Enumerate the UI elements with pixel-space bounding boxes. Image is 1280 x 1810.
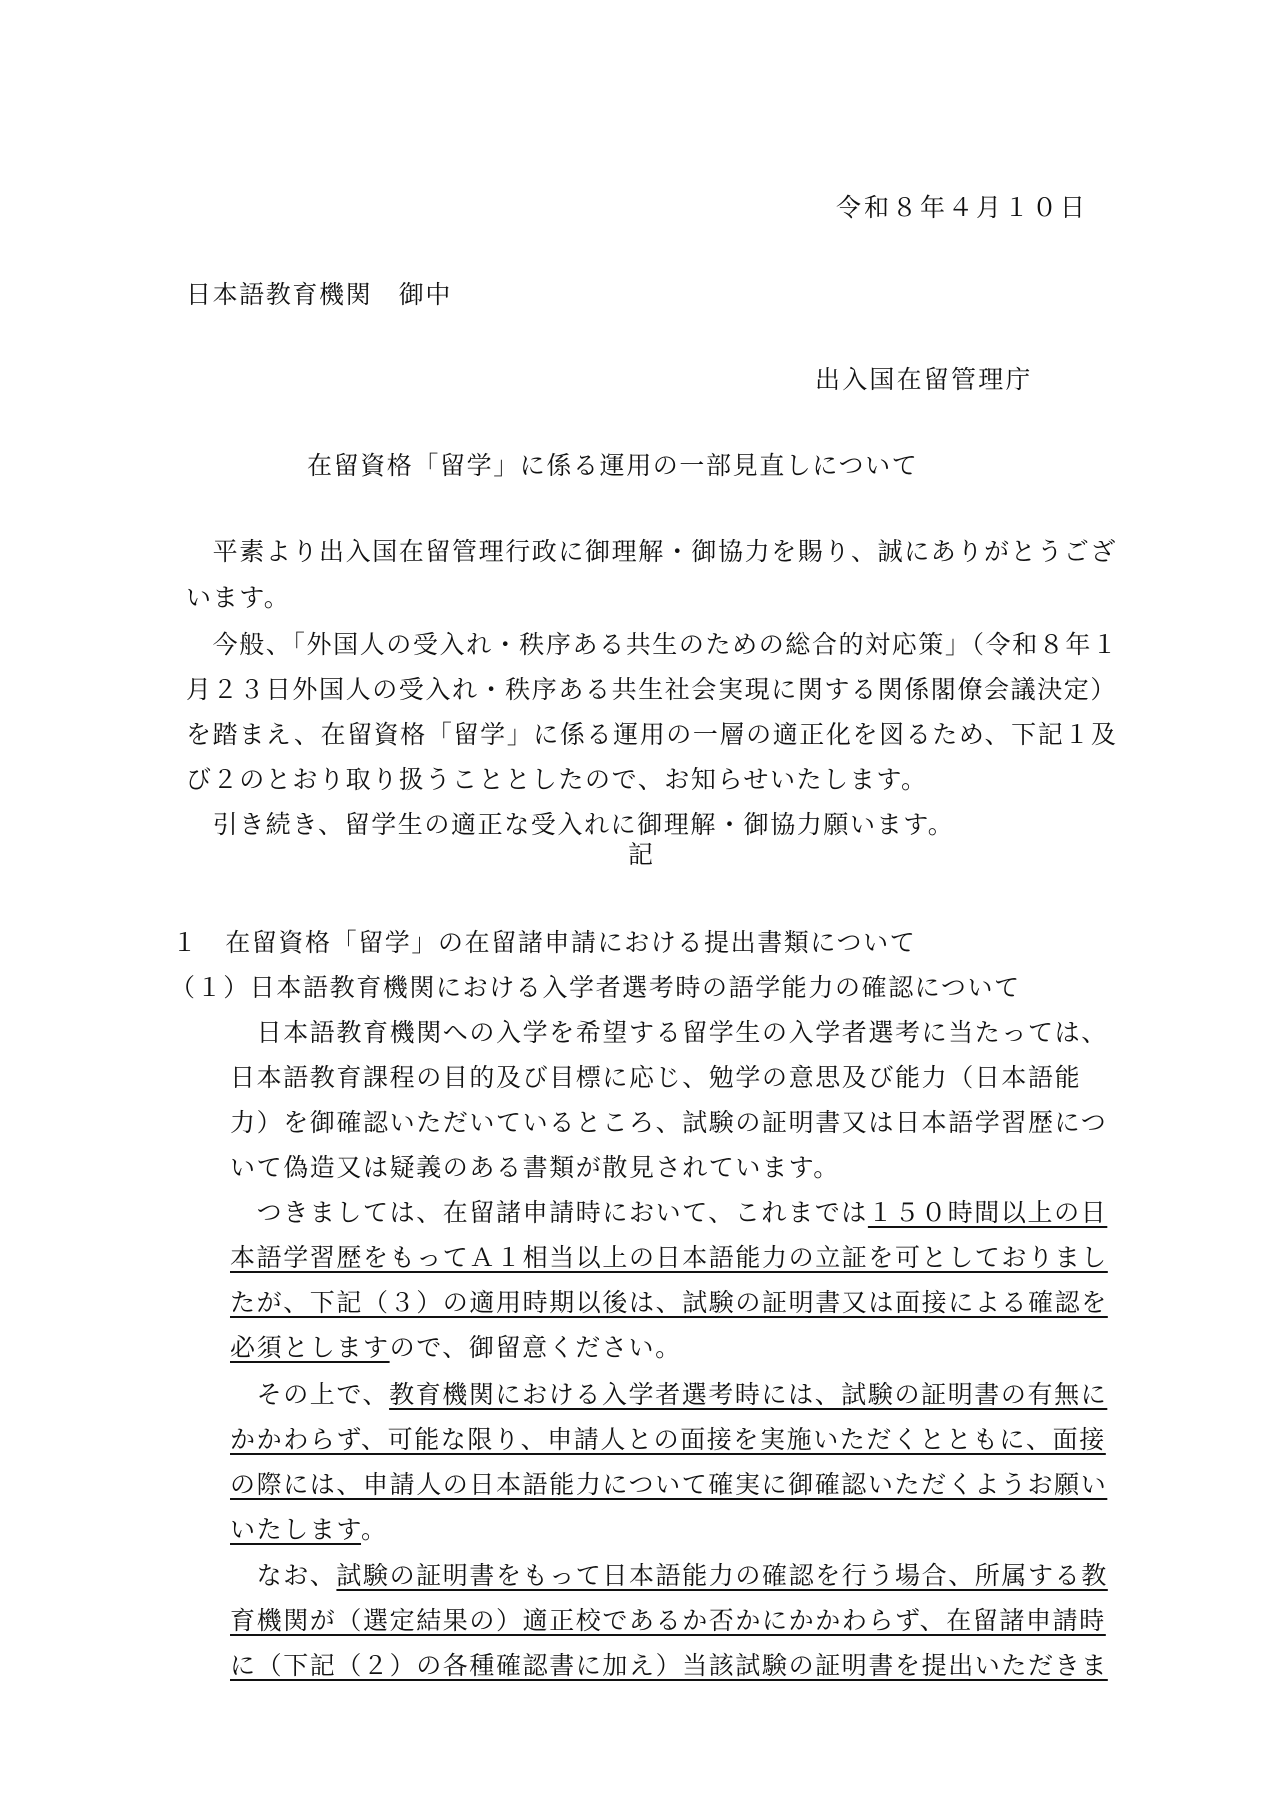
paragraph-line: いて偽造又は疑義のある書類が散見されています。 — [230, 1153, 840, 1183]
paragraph-line: たが、下記（３）の適用時期以後は、試験の証明書又は面接による確認を — [230, 1288, 1108, 1318]
paragraph-line: の際には、申請人の日本語能力について確実に御確認いただくようお願い — [230, 1470, 1107, 1500]
section-1-heading: １ 在留資格「留学」の在留諸申請における提出書類について — [172, 928, 916, 958]
document-title: 在留資格「留学」に係る運用の一部見直しについて — [307, 451, 918, 481]
document-page: 令和８年４月１０日 日本語教育機関 御中 出入国在留管理庁 在留資格「留学」に係… — [0, 0, 1280, 1810]
paragraph-line: 本語学習歴をもってＡ１相当以上の日本語能力の立証を可としておりまし — [230, 1243, 1108, 1273]
paragraph-line: に（下記（２）の各種確認書に加え）当該試験の証明書を提出いただきま — [230, 1651, 1108, 1681]
paragraph-line: かかわらず、可能な限り、申請人との面接を実施いただくとともに、面接 — [230, 1425, 1106, 1455]
intro-line: 今般、「外国人の受入れ・秩序ある共生のための総合的対応策」（令和８年１ — [186, 630, 1119, 660]
sender-organization: 出入国在留管理庁 — [815, 365, 1033, 395]
intro-line: び２のとおり取り扱うこととしたので、お知らせいたします。 — [186, 765, 928, 795]
paragraph-line: 育機関が（選定結果の）適正校であるか否かにかかわらず、在留諸申請時 — [230, 1606, 1106, 1636]
underlined-text: かかわらず、可能な限り、申請人との面接を実施いただくとともに、面接 — [230, 1425, 1106, 1454]
underlined-text: 必須とします — [230, 1333, 390, 1362]
underlined-text: の際には、申請人の日本語能力について確実に御確認いただくようお願い — [230, 1470, 1107, 1499]
paragraph-line: いたします。 — [230, 1515, 388, 1545]
paragraph-line: 日本語教育課程の目的及び目標に応じ、勉学の意思及び能力（日本語能 — [230, 1063, 1081, 1093]
plain-text: ので、御留意ください。 — [390, 1333, 682, 1362]
plain-text: 。 — [361, 1515, 388, 1544]
paragraph-line: 必須としますので、御留意ください。 — [230, 1333, 682, 1363]
plain-text: なお、 — [230, 1561, 336, 1590]
addressee: 日本語教育機関 御中 — [186, 280, 452, 310]
underlined-text: １５０時間以上の日 — [868, 1198, 1107, 1227]
underlined-text: 教育機関における入学者選考時には、試験の証明書の有無に — [389, 1380, 1107, 1409]
underlined-text: 本語学習歴をもってＡ１相当以上の日本語能力の立証を可としておりまし — [230, 1243, 1108, 1272]
intro-line: 平素より出入国在留管理行政に御理解・御協力を賜り、誠にありがとうござ — [186, 537, 1117, 567]
document-date: 令和８年４月１０日 — [836, 193, 1088, 223]
underlined-text: いたします — [230, 1515, 361, 1544]
underlined-text: 育機関が（選定結果の）適正校であるか否かにかかわらず、在留諸申請時 — [230, 1606, 1106, 1635]
plain-text: つきましては、在留諸申請時において、これまでは — [230, 1198, 868, 1227]
plain-text: その上で、 — [230, 1380, 389, 1409]
intro-line: 月２３日外国人の受入れ・秩序ある共生社会実現に関する関係閣僚会議決定） — [186, 675, 1117, 705]
intro-line: を踏まえ、在留資格「留学」に係る運用の一層の適正化を図るため、下記１及 — [186, 720, 1118, 750]
paragraph-line: 日本語教育機関への入学を希望する留学生の入学者選考に当たっては、 — [230, 1018, 1108, 1048]
paragraph-line: 力）を御確認いただいているところ、試験の証明書又は日本語学習歴につ — [230, 1108, 1107, 1138]
intro-line: います。 — [186, 583, 290, 613]
paragraph-line: なお、試験の証明書をもって日本語能力の確認を行う場合、所属する教 — [230, 1561, 1108, 1591]
intro-line: 引き続き、留学生の適正な受入れに御理解・御協力願います。 — [186, 810, 954, 840]
paragraph-line: つきましては、在留諸申請時において、これまでは１５０時間以上の日 — [230, 1198, 1107, 1228]
paragraph-line: その上で、教育機関における入学者選考時には、試験の証明書の有無に — [230, 1380, 1107, 1410]
ki-heading: 記 — [628, 840, 655, 870]
subsection-1-heading: （１）日本語教育機関における入学者選考時の語学能力の確認について — [170, 973, 1021, 1003]
underlined-text: に（下記（２）の各種確認書に加え）当該試験の証明書を提出いただきま — [230, 1651, 1108, 1680]
underlined-text: たが、下記（３）の適用時期以後は、試験の証明書又は面接による確認を — [230, 1288, 1108, 1317]
underlined-text: 試験の証明書をもって日本語能力の確認を行う場合、所属する教 — [336, 1561, 1107, 1590]
